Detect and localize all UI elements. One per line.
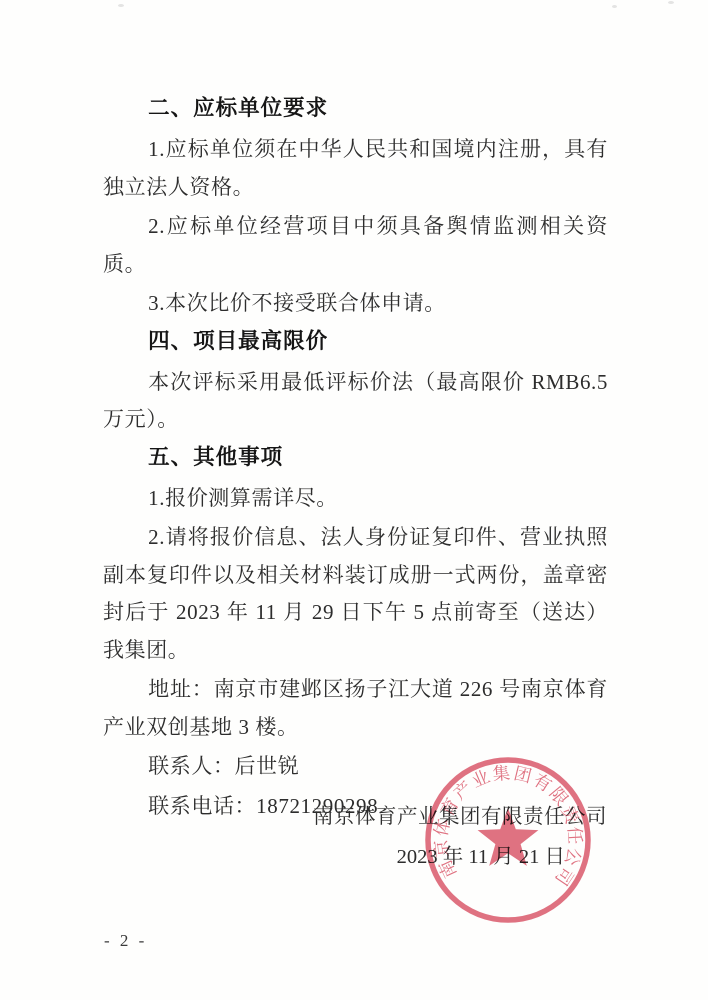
document-body: 二、应标单位要求 1.应标单位须在中华人民共和国境内注册，具有独立法人资格。 2… [103, 90, 608, 827]
signature-date: 2023 年 11 月 21 日 [397, 839, 565, 869]
signature-company-name: 南京体育产业集团有限责任公司 [313, 799, 607, 829]
section-heading-max-price: 四、项目最高限价 [103, 327, 608, 355]
scan-artifact [118, 4, 124, 7]
paragraph-quotation-detail: 1.报价测算需详尽。 [103, 480, 608, 518]
paragraph-qualification-requirement: 2.应标单位经营项目中须具备舆情监测相关资质。 [103, 208, 608, 283]
paragraph-no-consortium: 3.本次比价不接受联合体申请。 [103, 285, 608, 323]
page-number: - 2 - [104, 931, 147, 951]
paragraph-evaluation-method: 本次评标采用最低评标价法（最高限价 RMB6.5 万元）。 [103, 364, 608, 439]
paragraph-submission-instructions: 2.请将报价信息、法人身份证复印件、营业执照副本复印件以及相关材料装订成册一式两… [103, 519, 608, 669]
paragraph-address: 地址：南京市建邺区扬子江大道 226 号南京体育产业双创基地 3 楼。 [103, 671, 608, 746]
scanned-document-page: 二、应标单位要求 1.应标单位须在中华人民共和国境内注册，具有独立法人资格。 2… [0, 0, 708, 1000]
paragraph-contact-person: 联系人：后世锐 [103, 748, 608, 786]
section-heading-bidder-requirements: 二、应标单位要求 [103, 94, 608, 122]
section-heading-other-matters: 五、其他事项 [103, 443, 608, 471]
paragraph-registration-requirement: 1.应标单位须在中华人民共和国境内注册，具有独立法人资格。 [103, 131, 608, 206]
scan-artifact [668, 1, 674, 4]
scan-artifact [612, 5, 617, 8]
